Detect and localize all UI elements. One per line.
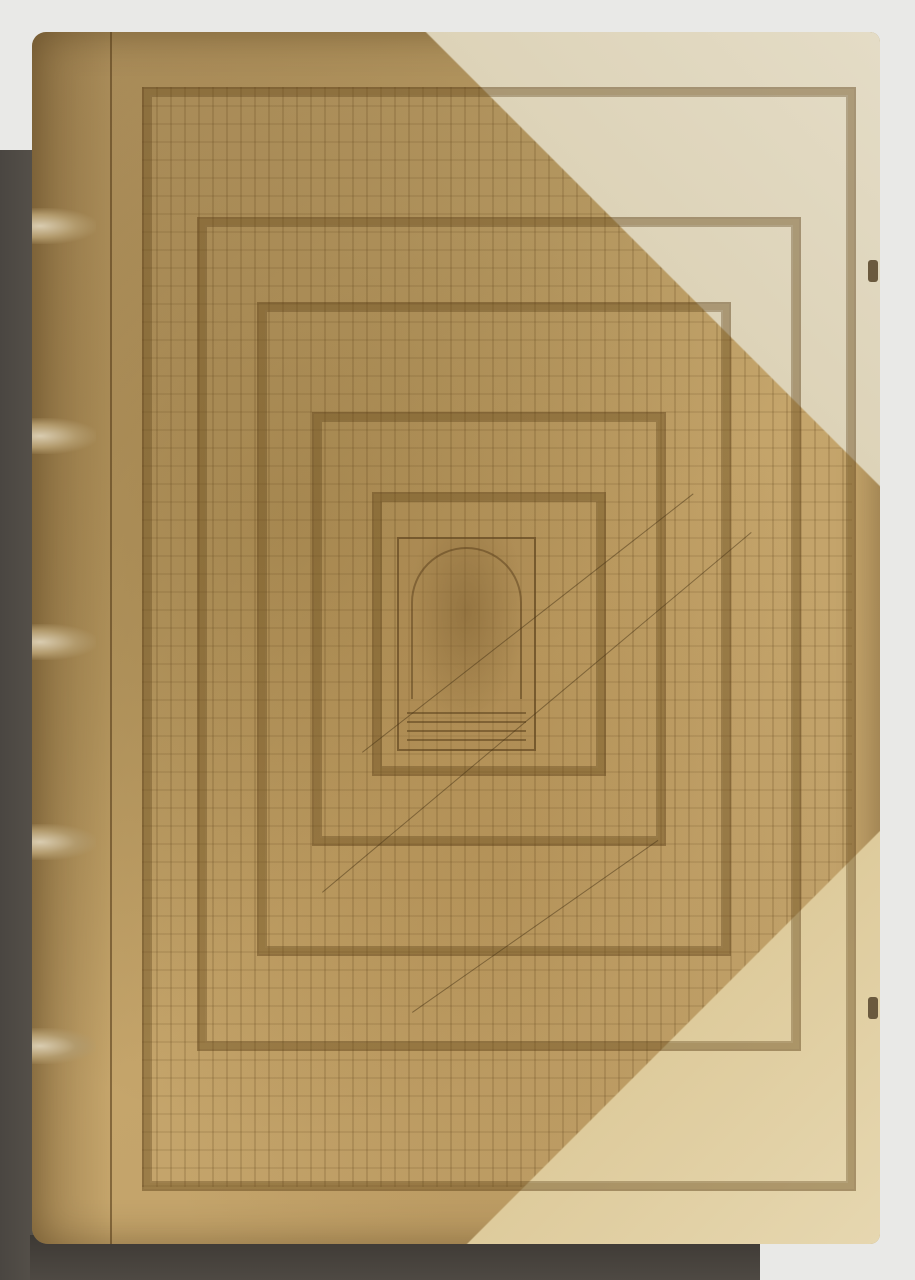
central-portrait-panel [397, 537, 536, 751]
clasp-bottom [868, 997, 878, 1019]
spine-band [32, 1028, 96, 1064]
book-cover [32, 32, 880, 1244]
spine-band [32, 208, 96, 244]
portrait-arch [411, 547, 522, 699]
spine-band [32, 624, 96, 660]
clasp-top [868, 260, 878, 282]
spine-band [32, 824, 96, 860]
spine-band [32, 418, 96, 454]
